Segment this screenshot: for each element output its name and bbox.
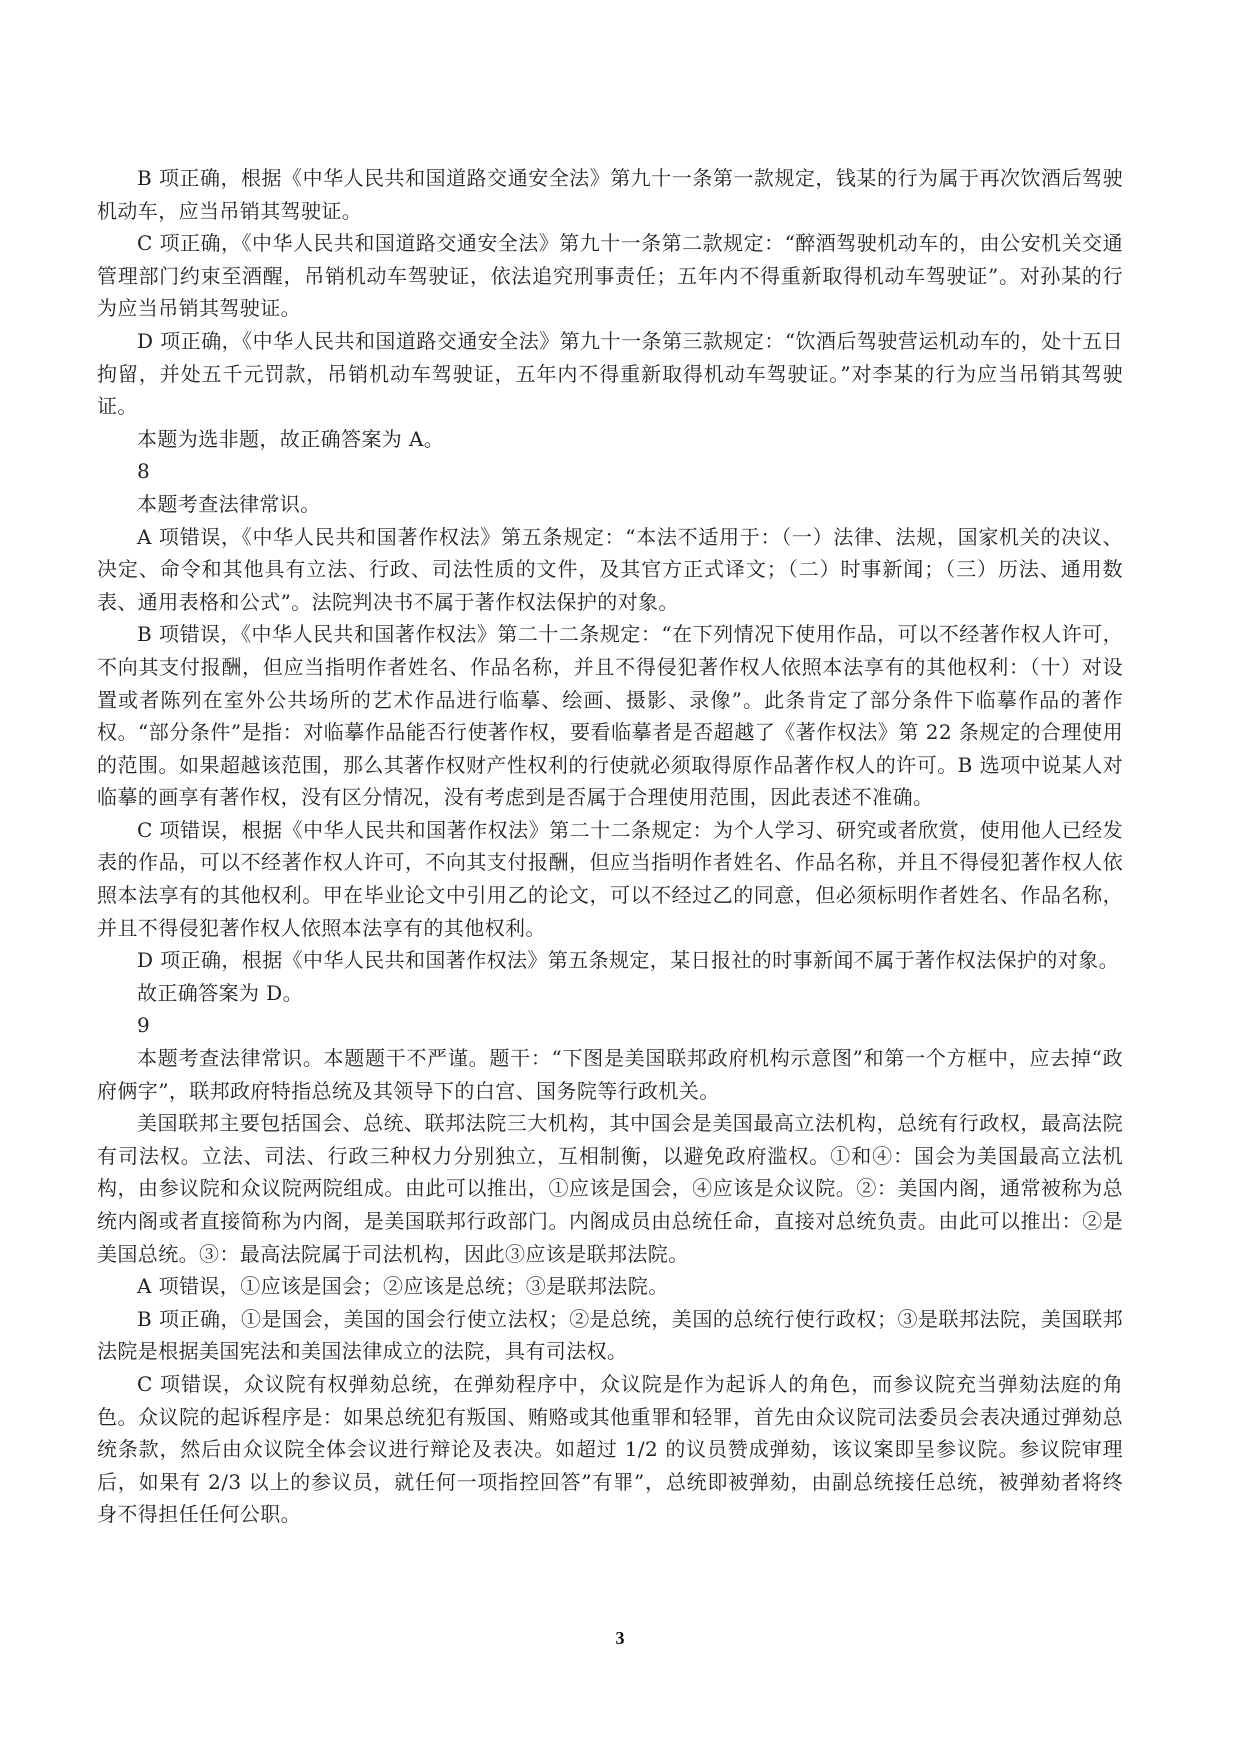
paragraph-q7-option-d: D 项正确，《中华人民共和国道路交通安全法》第九十一条第三款规定：“饮酒后驾驶营… [97, 325, 1123, 423]
paragraph-q7-option-b: B 项正确，根据《中华人民共和国道路交通安全法》第九十一条第一款规定，钱某的行为… [97, 162, 1123, 227]
paragraph-q9-topic: 本题考查法律常识。本题题干不严谨。题干：“下图是美国联邦政府机构示意图”和第一个… [97, 1042, 1123, 1107]
paragraph-q7-answer: 本题为选非题，故正确答案为 A。 [97, 423, 1123, 456]
paragraph-q7-option-c: C 项正确，《中华人民共和国道路交通安全法》第九十一条第二款规定：“醉酒驾驶机动… [97, 227, 1123, 325]
paragraph-q9-option-c: C 项错误，众议院有权弹劾总统，在弹劾程序中，众议院是作为起诉人的角色，而参议院… [97, 1368, 1123, 1531]
paragraph-q8-option-b: B 项错误，《中华人民共和国著作权法》第二十二条规定：“在下列情况下使用作品，可… [97, 618, 1123, 814]
paragraph-q8-topic: 本题考查法律常识。 [97, 488, 1123, 521]
page-number: 3 [0, 1628, 1240, 1649]
paragraph-q8-option-a: A 项错误，《中华人民共和国著作权法》第五条规定：“本法不适用于：（一）法律、法… [97, 521, 1123, 619]
paragraph-q9-analysis: 美国联邦主要包括国会、总统、联邦法院三大机构，其中国会是美国最高立法机构，总统有… [97, 1107, 1123, 1270]
paragraph-q8-option-c: C 项错误，根据《中华人民共和国著作权法》第二十二条规定：为个人学习、研究或者欣… [97, 814, 1123, 944]
paragraph-q8-answer: 故正确答案为 D。 [97, 977, 1123, 1010]
paragraph-q9-option-b: B 项正确，①是国会，美国的国会行使立法权；②是总统，美国的总统行使行政权；③是… [97, 1303, 1123, 1368]
paragraph-q9-option-a: A 项错误，①应该是国会；②应该是总统；③是联邦法院。 [97, 1270, 1123, 1303]
question-number-9: 9 [97, 1009, 1123, 1042]
question-number-8: 8 [97, 455, 1123, 488]
paragraph-q8-option-d: D 项正确，根据《中华人民共和国著作权法》第五条规定，某日报社的时事新闻不属于著… [97, 944, 1123, 977]
document-body: B 项正确，根据《中华人民共和国道路交通安全法》第九十一条第一款规定，钱某的行为… [97, 162, 1123, 1531]
